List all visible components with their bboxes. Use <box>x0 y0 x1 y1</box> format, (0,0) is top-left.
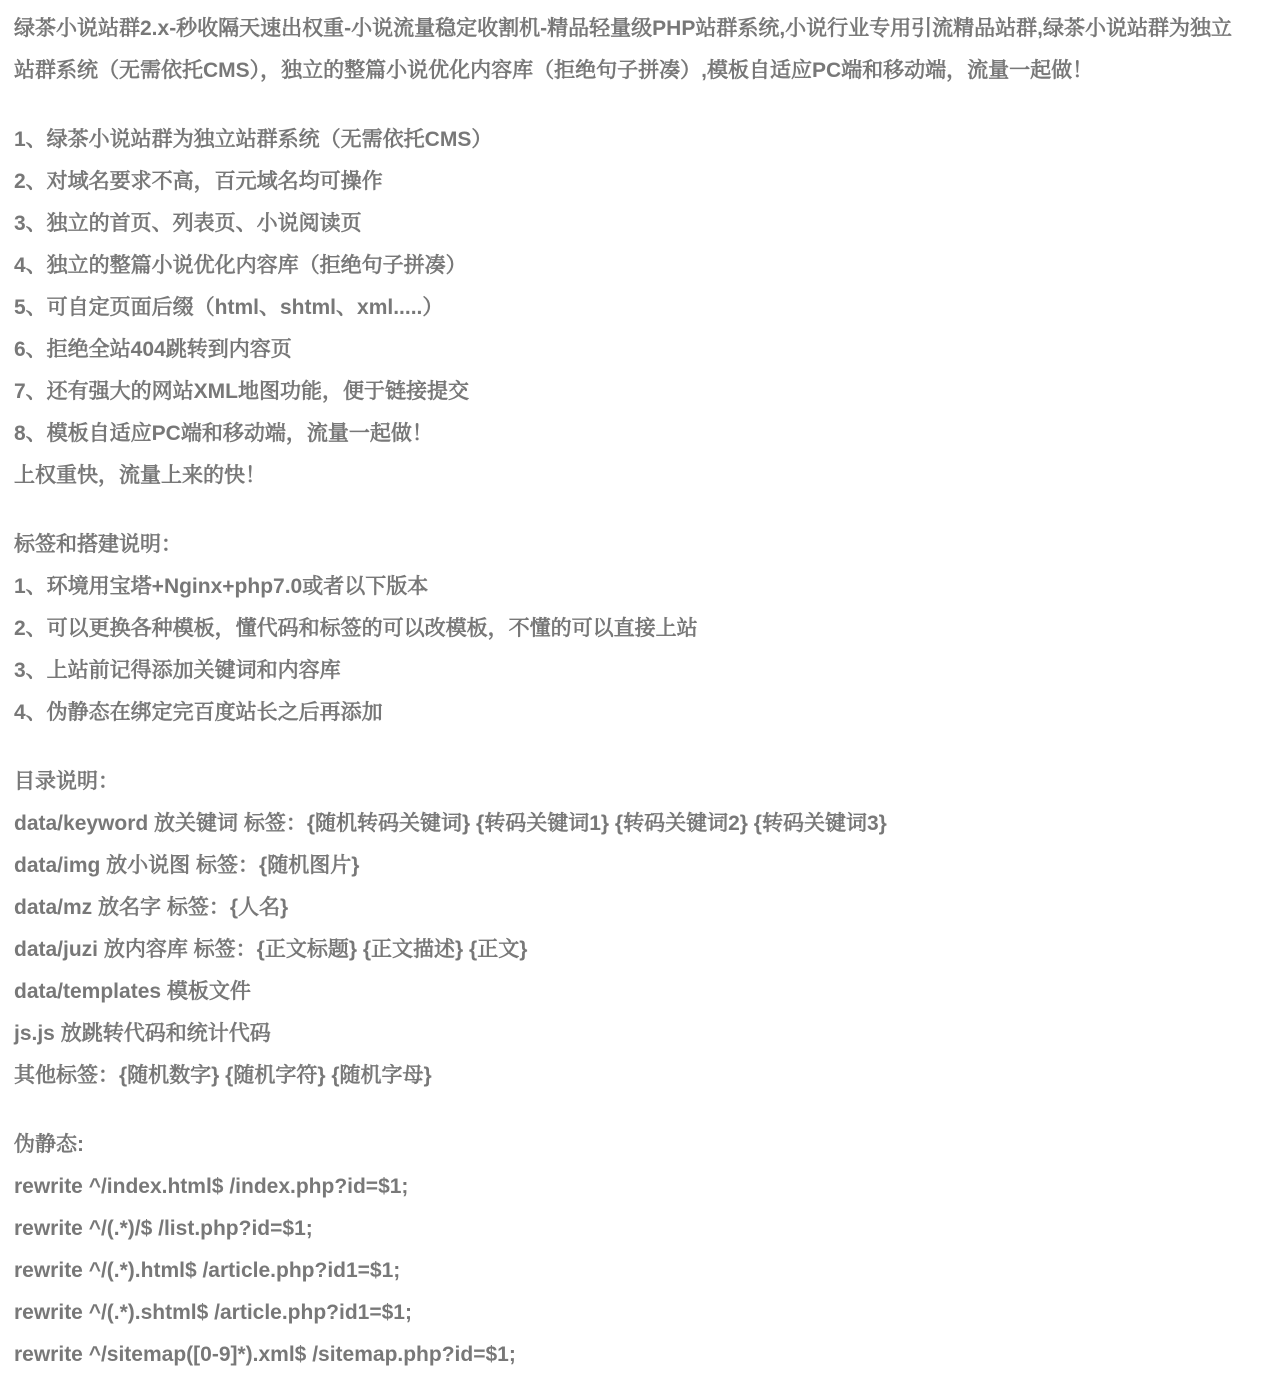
section-spacer <box>14 734 1251 761</box>
rewrite-rule: rewrite ^/(.*)/$ /list.php?id=$1; <box>14 1208 1251 1250</box>
feature-item: 7、还有强大的网站XML地图功能，便于链接提交 <box>14 371 1251 413</box>
setup-item: 1、环境用宝塔+Nginx+php7.0或者以下版本 <box>14 566 1251 608</box>
rewrite-section: 伪静态: rewrite ^/index.html$ /index.php?id… <box>14 1124 1251 1376</box>
feature-item: 5、可自定页面后缀（html、shtml、xml.....） <box>14 287 1251 329</box>
feature-item: 8、模板自适应PC端和移动端，流量一起做！ <box>14 413 1251 455</box>
directory-item: data/keyword 放关键词 标签：{随机转码关键词} {转码关键词1} … <box>14 803 1251 845</box>
directory-heading: 目录说明： <box>14 761 1251 803</box>
setup-section: 标签和搭建说明： 1、环境用宝塔+Nginx+php7.0或者以下版本 2、可以… <box>14 524 1251 734</box>
directory-item: data/juzi 放内容库 标签：{正文标题} {正文描述} {正文} <box>14 929 1251 971</box>
section-spacer <box>14 92 1251 119</box>
directory-item: data/templates 模板文件 <box>14 971 1251 1013</box>
feature-summary: 上权重快，流量上来的快！ <box>14 455 1251 497</box>
rewrite-rule: rewrite ^/(.*).shtml$ /article.php?id1=$… <box>14 1292 1251 1334</box>
setup-heading: 标签和搭建说明： <box>14 524 1251 566</box>
rewrite-heading: 伪静态: <box>14 1124 1251 1166</box>
feature-item: 6、拒绝全站404跳转到内容页 <box>14 329 1251 371</box>
rewrite-rule: rewrite ^/(.*).html$ /article.php?id1=$1… <box>14 1250 1251 1292</box>
feature-item: 2、对域名要求不高，百元域名均可操作 <box>14 161 1251 203</box>
feature-item: 3、独立的首页、列表页、小说阅读页 <box>14 203 1251 245</box>
directory-item: data/img 放小说图 标签：{随机图片} <box>14 845 1251 887</box>
setup-item: 2、可以更换各种模板，懂代码和标签的可以改模板，不懂的可以直接上站 <box>14 608 1251 650</box>
directory-item: 其他标签：{随机数字} {随机字符} {随机字母} <box>14 1055 1251 1097</box>
feature-item: 4、独立的整篇小说优化内容库（拒绝句子拼凑） <box>14 245 1251 287</box>
feature-item: 1、绿茶小说站群为独立站群系统（无需依托CMS） <box>14 119 1251 161</box>
directory-item: data/mz 放名字 标签：{人名} <box>14 887 1251 929</box>
rewrite-rule: rewrite ^/index.html$ /index.php?id=$1; <box>14 1166 1251 1208</box>
rewrite-rule: rewrite ^/sitemap([0-9]*).xml$ /sitemap.… <box>14 1334 1251 1376</box>
section-spacer <box>14 497 1251 524</box>
feature-list: 1、绿茶小说站群为独立站群系统（无需依托CMS） 2、对域名要求不高，百元域名均… <box>14 119 1251 497</box>
section-spacer <box>14 1097 1251 1124</box>
setup-item: 4、伪静态在绑定完百度站长之后再添加 <box>14 692 1251 734</box>
intro-paragraph: 绿茶小说站群2.x-秒收隔天速出权重-小说流量稳定收割机-精品轻量级PHP站群系… <box>14 8 1251 92</box>
article-body: 绿茶小说站群2.x-秒收隔天速出权重-小说流量稳定收割机-精品轻量级PHP站群系… <box>0 0 1265 1376</box>
directory-item: js.js 放跳转代码和统计代码 <box>14 1013 1251 1055</box>
directory-section: 目录说明： data/keyword 放关键词 标签：{随机转码关键词} {转码… <box>14 761 1251 1097</box>
setup-item: 3、上站前记得添加关键词和内容库 <box>14 650 1251 692</box>
